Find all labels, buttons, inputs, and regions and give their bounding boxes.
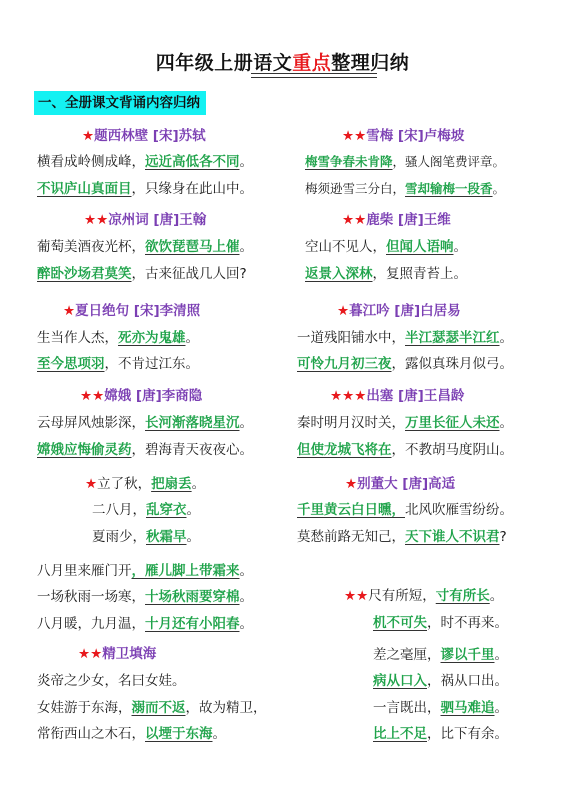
- key-phrase: 但使龙城飞将在: [297, 442, 392, 458]
- key-phrase: 远近高低各不同: [145, 154, 240, 170]
- poem-line: 横看成岭侧成峰，远近高低各不同。: [37, 152, 253, 172]
- poem-line: 葡萄美酒夜光杯，欲饮琵琶马上催。: [37, 237, 253, 257]
- key-phrase: 返景入深林: [305, 266, 373, 282]
- text: 常衔西山之木石，: [37, 726, 145, 742]
- poem-title-text: 夏日绝句 [宋]李清照: [75, 303, 200, 319]
- text: 二八月，: [92, 502, 146, 518]
- text: 。: [186, 330, 200, 346]
- proverb-line: ★★尺有所短，寸有所长。: [344, 586, 503, 606]
- poem-title-text: 出塞 [唐]王昌龄: [366, 388, 464, 404]
- proverb-line: 夏雨少，秋霜早。: [92, 527, 200, 547]
- key-phrase: 把扇丢: [151, 476, 192, 492]
- text: 差之毫厘，: [373, 647, 441, 663]
- poem-line: 醉卧沙场君莫笑，古来征战几人回?: [37, 264, 247, 284]
- text: 葡萄美酒夜光杯，: [37, 239, 145, 255]
- key-phrase: 以堙于东海: [145, 726, 213, 742]
- title-highlight: 重点: [292, 52, 331, 74]
- star-icon: ★★: [342, 128, 366, 144]
- title-text: 四年级上册语文: [156, 52, 293, 74]
- poem-line: 嫦娥应悔偷灵药，碧海青天夜夜心。: [37, 440, 253, 460]
- text: 。: [240, 154, 254, 170]
- key-phrase: 嫦娥应悔偷灵药: [37, 442, 132, 458]
- poem-line: 空山不见人，但闻人语响。: [305, 237, 467, 257]
- star-icon: ★: [82, 128, 94, 144]
- poem-title: ★夏日绝句 [宋]李清照: [63, 301, 200, 321]
- key-phrase: 驷马难追: [441, 700, 495, 716]
- text: 。: [240, 415, 254, 431]
- star-icon: ★: [63, 303, 75, 319]
- poem-title-text: 题西林壁 [宋]苏轼: [94, 128, 206, 144]
- poem-title: ★★嫦娥 [唐]李商隐: [80, 386, 202, 406]
- key-phrase: 半江瑟瑟半江红: [405, 330, 500, 346]
- title-double-underline: [251, 73, 377, 78]
- proverb-line: 八月里来雁门开，雁儿脚上带霜来。: [37, 561, 253, 581]
- text: 莫愁前路无知己，: [297, 529, 405, 545]
- poem-line: 至今思项羽，不肯过江东。: [37, 354, 199, 374]
- text: 一言既出，: [373, 700, 441, 716]
- poem-title-text: 嫦娥 [唐]李商隐: [104, 388, 202, 404]
- text: 。: [240, 589, 254, 605]
- text: 八月里来雁门开: [37, 563, 132, 579]
- poem-line: 可怜九月初三夜，露似真珠月似弓。: [297, 354, 513, 374]
- key-phrase: 醉卧沙场君莫笑: [37, 266, 132, 282]
- text: 立了秋，: [97, 476, 151, 492]
- text: ，故为精卫，: [186, 700, 267, 716]
- proverb-line: 机不可失，时不再来。: [373, 613, 508, 633]
- poem-line: 但使龙城飞将在，不教胡马度阴山。: [297, 440, 513, 460]
- page-title: 四年级上册语文重点整理归纳: [0, 48, 565, 75]
- text: 。: [240, 563, 254, 579]
- text: 。: [493, 181, 506, 196]
- poem-title: ★★凉州词 [唐]王翰: [84, 210, 206, 230]
- text: 一场秋雨一场寒，: [37, 589, 145, 605]
- poem-line: 生当作人杰，死亦为鬼雄。: [37, 328, 199, 348]
- text: 。: [495, 700, 509, 716]
- poem-title-text: 雪梅 [宋]卢梅坡: [366, 128, 464, 144]
- text: 。: [490, 588, 504, 604]
- text: ，碧海青天夜夜心。: [132, 442, 254, 458]
- proverb-line: 一言既出，驷马难追。: [373, 698, 508, 718]
- poem-line: 云母屏风烛影深，长河渐落晓星沉。: [37, 413, 253, 433]
- poem-line: 莫愁前路无知己，天下谁人不识君?: [297, 527, 507, 547]
- key-phrase: 秋霜早: [146, 529, 187, 545]
- proverb-line: 八月暖，九月温，十月还有小阳春。: [37, 614, 253, 634]
- text: 一道残阳铺水中，: [297, 330, 405, 346]
- key-phrase: 可怜九月初三夜: [297, 356, 392, 372]
- key-phrase: 死亦为鬼雄: [118, 330, 186, 346]
- key-phrase: 不识庐山真面目: [37, 181, 132, 197]
- poem-title: ★★鹿柴 [唐]王维: [342, 210, 451, 230]
- text: 梅须逊雪三分白，: [305, 181, 405, 196]
- key-phrase: 比上不足: [373, 726, 427, 742]
- text: 。: [500, 330, 514, 346]
- key-phrase: 至今思项羽: [37, 356, 105, 372]
- prose-line: 常衔西山之木石，以堙于东海。: [37, 724, 226, 744]
- poem-line: 梅须逊雪三分白，雪却输梅一段香。: [305, 179, 505, 199]
- text: 。: [192, 476, 206, 492]
- key-phrase: 千里黄云白日曛，: [297, 502, 405, 518]
- key-phrase: 机不可失: [373, 615, 427, 631]
- text: 。: [240, 239, 254, 255]
- key-phrase: 溺而不返: [132, 700, 186, 716]
- title-text-end: 整理归纳: [331, 52, 409, 74]
- text: ，复照青苔上。: [373, 266, 468, 282]
- text: ，比下有余。: [427, 726, 508, 742]
- key-phrase: 病从口入: [373, 673, 427, 689]
- poem-line: 千里黄云白日曛，北风吹雁雪纷纷。: [297, 500, 513, 520]
- poem-title: ★★★出塞 [唐]王昌龄: [330, 386, 464, 406]
- poem-title-text: 精卫填海: [102, 646, 156, 662]
- key-phrase: 天下谁人不识君: [405, 529, 500, 545]
- key-phrase: 万里长征人未还: [405, 415, 500, 431]
- proverb-line: ★立了秋，把扇丢。: [85, 474, 205, 494]
- poem-title: ★★雪梅 [宋]卢梅坡: [342, 126, 464, 146]
- text: 。: [240, 616, 254, 632]
- text: 八月暖，九月温，: [37, 616, 145, 632]
- proverb-line: 一场秋雨一场寒，十场秋雨要穿棉。: [37, 587, 253, 607]
- text: 横看成岭侧成峰，: [37, 154, 145, 170]
- text: 。: [495, 647, 509, 663]
- key-phrase: 欲饮琵琶马上催: [145, 239, 240, 255]
- text: 。: [187, 529, 201, 545]
- text: 夏雨少，: [92, 529, 146, 545]
- text: 北风吹雁雪纷纷。: [405, 502, 513, 518]
- section-heading: 一、全册课文背诵内容归纳: [34, 91, 206, 115]
- key-phrase: ，雁儿脚上带霜来: [132, 563, 240, 579]
- prose-line: 炎帝之少女，名曰女娃。: [37, 671, 186, 691]
- poem-line: 返景入深林，复照青苔上。: [305, 264, 467, 284]
- text: 生当作人杰，: [37, 330, 118, 346]
- key-phrase: 乱穿衣: [146, 502, 187, 518]
- poem-title-text: 别董大 [唐]高适: [357, 476, 455, 492]
- text: ，时不再来。: [427, 615, 508, 631]
- text: ，古来征战几人回?: [132, 266, 247, 282]
- text: 。: [454, 239, 468, 255]
- text: 空山不见人，: [305, 239, 386, 255]
- poem-title-text: 鹿柴 [唐]王维: [366, 212, 451, 228]
- poem-line: 秦时明月汉时关，万里长征人未还。: [297, 413, 513, 433]
- poem-title: ★★精卫填海: [78, 644, 156, 664]
- proverb-line: 病从口入，祸从口出。: [373, 671, 508, 691]
- prose-line: 女娃游于东海，溺而不返，故为精卫，: [37, 698, 267, 718]
- star-icon: ★: [337, 303, 349, 319]
- key-phrase: 梅雪争春未肯降: [305, 154, 393, 169]
- poem-title-text: 暮江吟 [唐]白居易: [349, 303, 461, 319]
- text: ?: [500, 529, 507, 545]
- poem-line: 一道残阳铺水中，半江瑟瑟半江红。: [297, 328, 513, 348]
- star-icon: ★★: [80, 388, 104, 404]
- key-phrase: 长河渐落晓星沉: [145, 415, 240, 431]
- text: 秦时明月汉时关，: [297, 415, 405, 431]
- text: 尺有所短，: [368, 588, 436, 604]
- text: 炎帝之少女，名曰女娃。: [37, 673, 186, 689]
- star-icon: ★★★: [330, 388, 366, 404]
- key-phrase: 谬以千里: [441, 647, 495, 663]
- key-phrase: 十月还有小阳春: [145, 616, 240, 632]
- poem-line: 梅雪争春未肯降，骚人阁笔费评章。: [305, 152, 505, 172]
- poem-title: ★别董大 [唐]高适: [345, 474, 455, 494]
- star-icon: ★: [85, 476, 97, 492]
- poem-line: 不识庐山真面目，只缘身在此山中。: [37, 179, 253, 199]
- text: ，只缘身在此山中。: [132, 181, 254, 197]
- text: ，祸从口出。: [427, 673, 508, 689]
- text: 云母屏风烛影深，: [37, 415, 145, 431]
- key-phrase: 雪却输梅一段香: [405, 181, 493, 196]
- star-icon: ★★: [342, 212, 366, 228]
- poem-title: ★暮江吟 [唐]白居易: [337, 301, 461, 321]
- star-icon: ★★: [344, 588, 368, 604]
- text: ，骚人阁笔费评章。: [393, 154, 506, 169]
- text: 。: [187, 502, 201, 518]
- poem-title: ★题西林壁 [宋]苏轼: [82, 126, 206, 146]
- key-phrase: 但闻人语响: [386, 239, 454, 255]
- star-icon: ★★: [78, 646, 102, 662]
- text: ，露似真珠月似弓。: [392, 356, 514, 372]
- star-icon: ★★: [84, 212, 108, 228]
- star-icon: ★: [345, 476, 357, 492]
- text: ，不教胡马度阴山。: [392, 442, 514, 458]
- poem-title-text: 凉州词 [唐]王翰: [108, 212, 206, 228]
- key-phrase: 寸有所长: [436, 588, 490, 604]
- text: ，不肯过江东。: [105, 356, 200, 372]
- proverb-line: 比上不足，比下有余。: [373, 724, 508, 744]
- proverb-line: 差之毫厘，谬以千里。: [373, 645, 508, 665]
- key-phrase: 十场秋雨要穿棉: [145, 589, 240, 605]
- text: 女娃游于东海，: [37, 700, 132, 716]
- text: 。: [213, 726, 227, 742]
- proverb-line: 二八月，乱穿衣。: [92, 500, 200, 520]
- text: 。: [500, 415, 514, 431]
